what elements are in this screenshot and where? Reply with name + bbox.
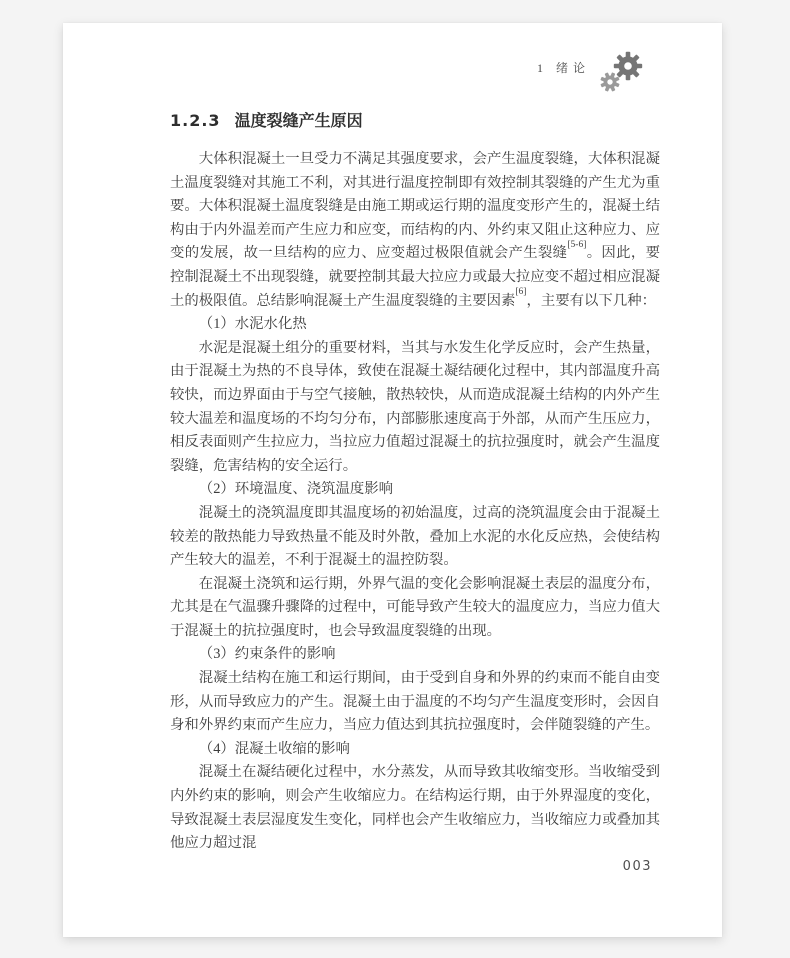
citation-ref: [5-6] [567, 240, 586, 250]
running-header-text: 1绪论 [537, 59, 590, 76]
section-title: 温度裂缝产生原因 [235, 111, 363, 130]
book-page: 1绪论 [63, 23, 722, 937]
list-item-heading-3: （3）约束条件的影响 [170, 643, 660, 667]
page-number: 003 [623, 859, 652, 874]
running-header: 1绪论 [537, 50, 644, 94]
list-item-heading-2: （2）环境温度、浇筑温度影响 [170, 478, 660, 502]
page-content: 1.2.3温度裂缝产生原因 大体积混凝土一旦受力不满足其强度要求，会产生温度裂缝… [170, 111, 660, 856]
chapter-number: 1 [537, 61, 543, 75]
paragraph-cement-hydration: 水泥是混凝土组分的重要材料，当其与水发生化学反应时，会产生热量，由于混凝土为热的… [170, 337, 660, 479]
list-item-heading-1: （1）水泥水化热 [170, 313, 660, 337]
list-item-heading-4: （4）混凝土收缩的影响 [170, 738, 660, 762]
section-number: 1.2.3 [170, 111, 221, 130]
gear-icon [598, 50, 644, 94]
paragraph-pouring-temp: 混凝土的浇筑温度即其温度场的初始温度，过高的浇筑温度会由于混凝土较差的散热能力导… [170, 502, 660, 573]
citation-ref: [6] [515, 287, 526, 297]
paragraph-ambient-temp: 在混凝土浇筑和运行期，外界气温的变化会影响混凝土表层的温度分布，尤其是在气温骤升… [170, 573, 660, 644]
section-heading: 1.2.3温度裂缝产生原因 [170, 111, 660, 131]
paragraph-text: ，主要有以下几种： [526, 293, 656, 309]
paragraph-shrinkage: 混凝土在凝结硬化过程中，水分蒸发，从而导致其收缩变形。当收缩受到内外约束的影响，… [170, 761, 660, 855]
paragraph-constraint: 混凝土结构在施工和运行期间，由于受到自身和外界的约束而不能自由变形，从而导致应力… [170, 667, 660, 738]
paragraph-intro: 大体积混凝土一旦受力不满足其强度要求，会产生温度裂缝，大体积混凝土温度裂缝对其施… [170, 148, 660, 313]
chapter-title: 绪论 [556, 61, 590, 75]
